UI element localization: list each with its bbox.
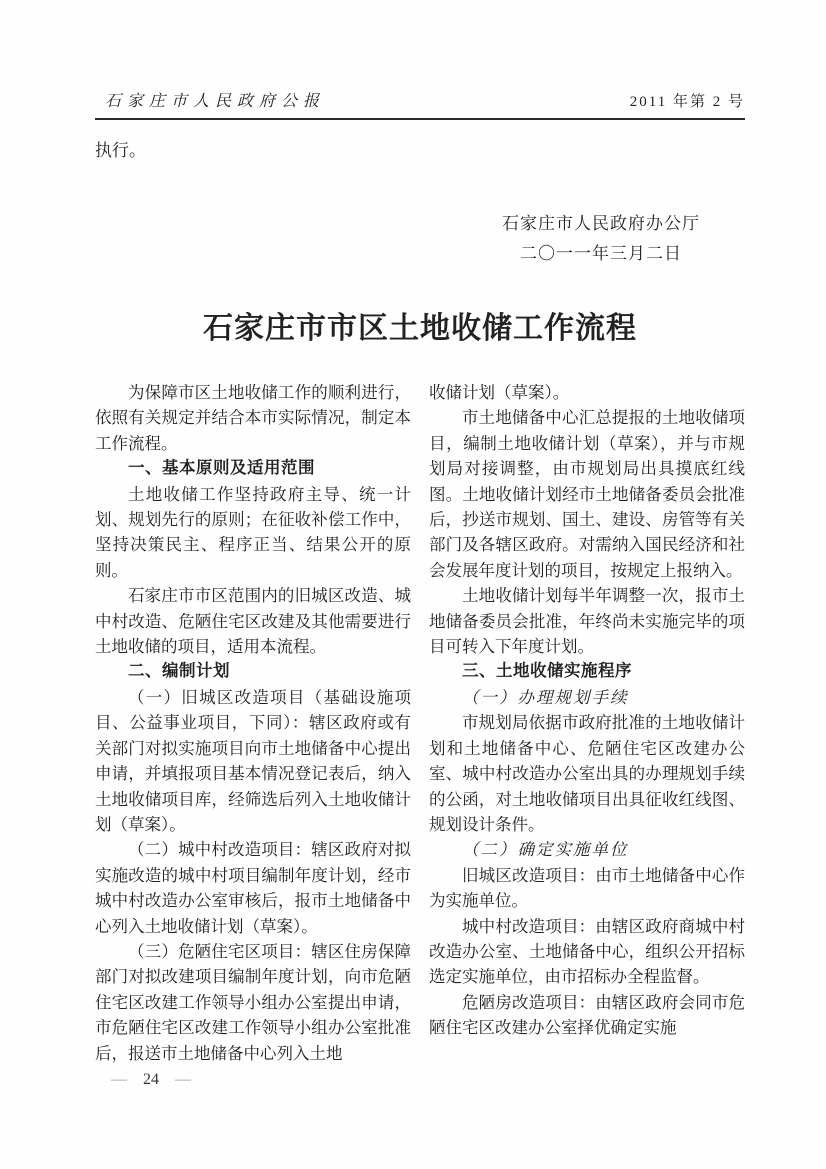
paragraph-continuation: 收储计划（草案）。 [429,380,745,405]
page-footer: — 24 — [95,1071,745,1089]
article-body: 为保障市区土地收储工作的顺利进行，依照有关规定并结合本市实际情况，制定本工作流程… [95,380,745,1066]
paragraph: 市规划局依据市政府批准的土地收储计划和土地储备中心、危陋住宅区改建办公室、城中村… [429,710,745,837]
left-column: 为保障市区土地收储工作的顺利进行，依照有关规定并结合本市实际情况，制定本工作流程… [95,380,411,1066]
paragraph: 为保障市区土地收储工作的顺利进行，依照有关规定并结合本市实际情况，制定本工作流程… [95,380,411,456]
article-title: 石家庄市市区土地收储工作流程 [95,303,745,347]
gazette-page: 石家庄市人民政府公报 2011 年第 2 号 执行。 石家庄市人民政府办公厅 二… [0,0,826,1169]
right-column: 收储计划（草案）。 市土地储备中心汇总提报的土地收储项目，编制土地收储计划（草案… [429,380,745,1066]
footer-dash-left: — [105,1071,133,1088]
paragraph: （一）旧城区改造项目（基础设施项目、公益事业项目，下同）：辖区政府或有关部门对拟… [95,685,411,837]
paragraph: 土地收储工作坚持政府主导、统一计划、规划先行的原则；在征收补偿工作中，坚持决策民… [95,482,411,584]
paragraph: 市土地储备中心汇总提报的土地收储项目，编制土地收储计划（草案），并与市规划局对接… [429,405,745,583]
paragraph: （二）城中村改造项目：辖区政府对拟实施改造的城中村项目编制年度计划，经市城中村改… [95,837,411,939]
section-heading: 一、基本原则及适用范围 [95,456,411,481]
signature-block: 石家庄市人民政府办公厅 二〇一一年三月二日 [95,209,745,269]
signature-org: 石家庄市人民政府办公厅 [502,209,700,239]
signature-date: 二〇一一年三月二日 [502,239,700,269]
subsection-heading: （一）办理规划手续 [429,685,745,710]
carryover-text: 执行。 [95,138,745,163]
section-heading: 三、土地收储实施程序 [429,659,745,684]
page-header: 石家庄市人民政府公报 2011 年第 2 号 [95,88,745,120]
paragraph: 旧城区改造项目：由市土地储备中心作为实施单位。 [429,863,745,914]
paragraph: 石家庄市市区范围内的旧城区改造、城中村改造、危陋住宅区改建及其他需要进行土地收储… [95,583,411,659]
paragraph: 城中村改造项目：由辖区政府商城中村改造办公室、土地储备中心，组织公开招标选定实施… [429,914,745,990]
paragraph: 土地收储计划每半年调整一次，报市土地储备委员会批准，年终尚未实施完毕的项目可转入… [429,583,745,659]
subsection-heading: （二）确定实施单位 [429,837,745,862]
gazette-name: 石家庄市人民政府公报 [95,88,325,111]
page-number: 24 [137,1071,165,1088]
issue-number: 2011 年第 2 号 [630,90,745,111]
paragraph: （三）危陋住宅区项目：辖区住房保障部门对拟改建项目编制年度计划，向市危陋住宅区改… [95,939,411,1066]
footer-dash-right: — [169,1071,197,1088]
paragraph: 危陋房改造项目：由辖区政府会同市危陋住宅区改建办公室择优确定实施 [429,990,745,1041]
section-heading: 二、编制计划 [95,659,411,684]
